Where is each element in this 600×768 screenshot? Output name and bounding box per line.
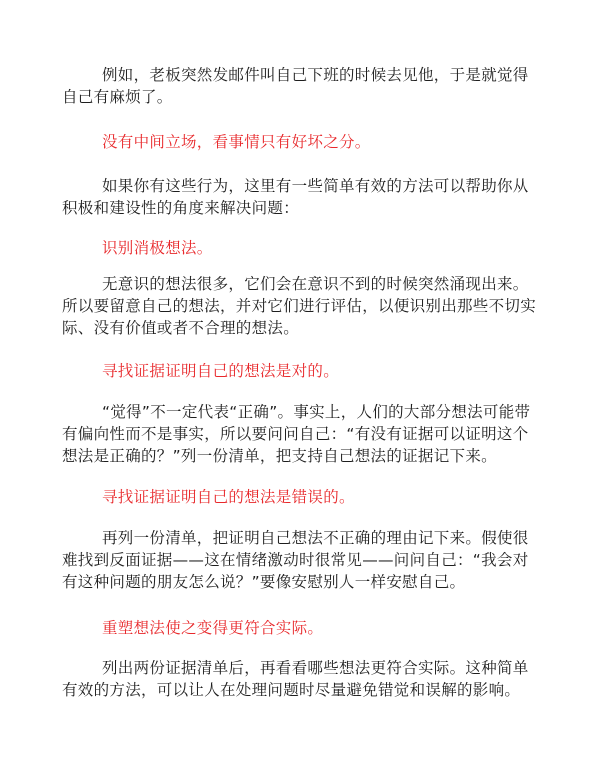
- paragraph-evidence-right: “觉得”不一定代表“正确”。事实上，人们的大部分想法可能带有偏向性而不是事实，所…: [62, 401, 542, 467]
- paragraph-reshape-thoughts: 列出两份证据清单后，再看看哪些想法更符合实际。这种简单有效的方法，可以让人在处理…: [62, 657, 542, 701]
- paragraph-identify-negative-thoughts: 无意识的想法很多，它们会在意识不到的时候突然涌现出来。所以要留意自己的想法，并对…: [62, 273, 542, 339]
- heading-reshape-thoughts: 重塑想法使之变得更符合实际。: [102, 617, 323, 639]
- paragraph-evidence-wrong: 再列一份清单，把证明自己想法不正确的理由记下来。假使很难找到反面证据——这在情绪…: [62, 527, 542, 593]
- heading-identify-negative-thoughts: 识别消极想法。: [102, 237, 213, 259]
- heading-evidence-wrong: 寻找证据证明自己的想法是错误的。: [102, 486, 355, 508]
- heading-no-middle-ground: 没有中间立场，看事情只有好坏之分。: [102, 131, 371, 153]
- paragraph-intro-methods: 如果你有这些行为，这里有一些简单有效的方法可以帮助你从积极和建设性的角度来解决问…: [62, 175, 542, 219]
- heading-evidence-right: 寻找证据证明自己的想法是对的。: [102, 360, 339, 382]
- paragraph-example-boss-email: 例如，老板突然发邮件叫自己下班的时候去见他，于是就觉得自己有麻烦了。: [62, 64, 542, 108]
